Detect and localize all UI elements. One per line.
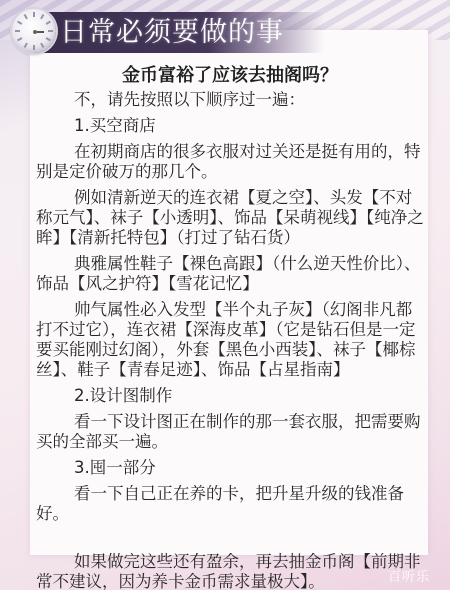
article-body: 金币富裕了应该去抽阁吗？ 不，请先按照以下顺序过一遍： 1.买空商店 在初期商店… bbox=[36, 64, 424, 590]
conclusion-text: 如果做完这些还有盈余，再去抽金币阁【前期非常不建议，因为养卡金币需求量极大】。 bbox=[36, 552, 424, 590]
clock-icon bbox=[12, 9, 56, 53]
article-question: 金币富裕了应该去抽阁吗？ bbox=[36, 64, 424, 88]
section-paragraph: 例如清新逆天的连衣裙【夏之空】、头发【不对称元气】、袜子【小透明】、饰品【呆萌视… bbox=[36, 188, 424, 248]
section-heading: 3.囤一部分 bbox=[36, 458, 424, 478]
intro-text: 不，请先按照以下顺序过一遍： bbox=[36, 90, 424, 110]
banner-title: 日常必须要做的事 bbox=[60, 12, 284, 53]
section-paragraph: 典雅属性鞋子【裸色高跟】（什么逆天性价比）、饰品【风之护符】【雪花记忆】 bbox=[36, 254, 424, 294]
watermark: 百听乐 bbox=[388, 566, 430, 585]
section-paragraph: 看一下自己正在养的卡，把升星升级的钱准备好。 bbox=[36, 484, 424, 524]
section-paragraph: 在初期商店的很多衣服对过关还是挺有用的，特别是定价破万的那几个。 bbox=[36, 142, 424, 182]
section-paragraph: 帅气属性必入发型【半个丸子灰】（幻阁非凡都打不过它），连衣裙【深海皮革】（它是钻… bbox=[36, 300, 424, 380]
section-heading: 2.设计图制作 bbox=[36, 386, 424, 406]
section-heading: 1.买空商店 bbox=[36, 116, 424, 136]
section-paragraph: 看一下设计图正在制作的那一套衣服，把需要购买的全部买一遍。 bbox=[36, 412, 424, 452]
